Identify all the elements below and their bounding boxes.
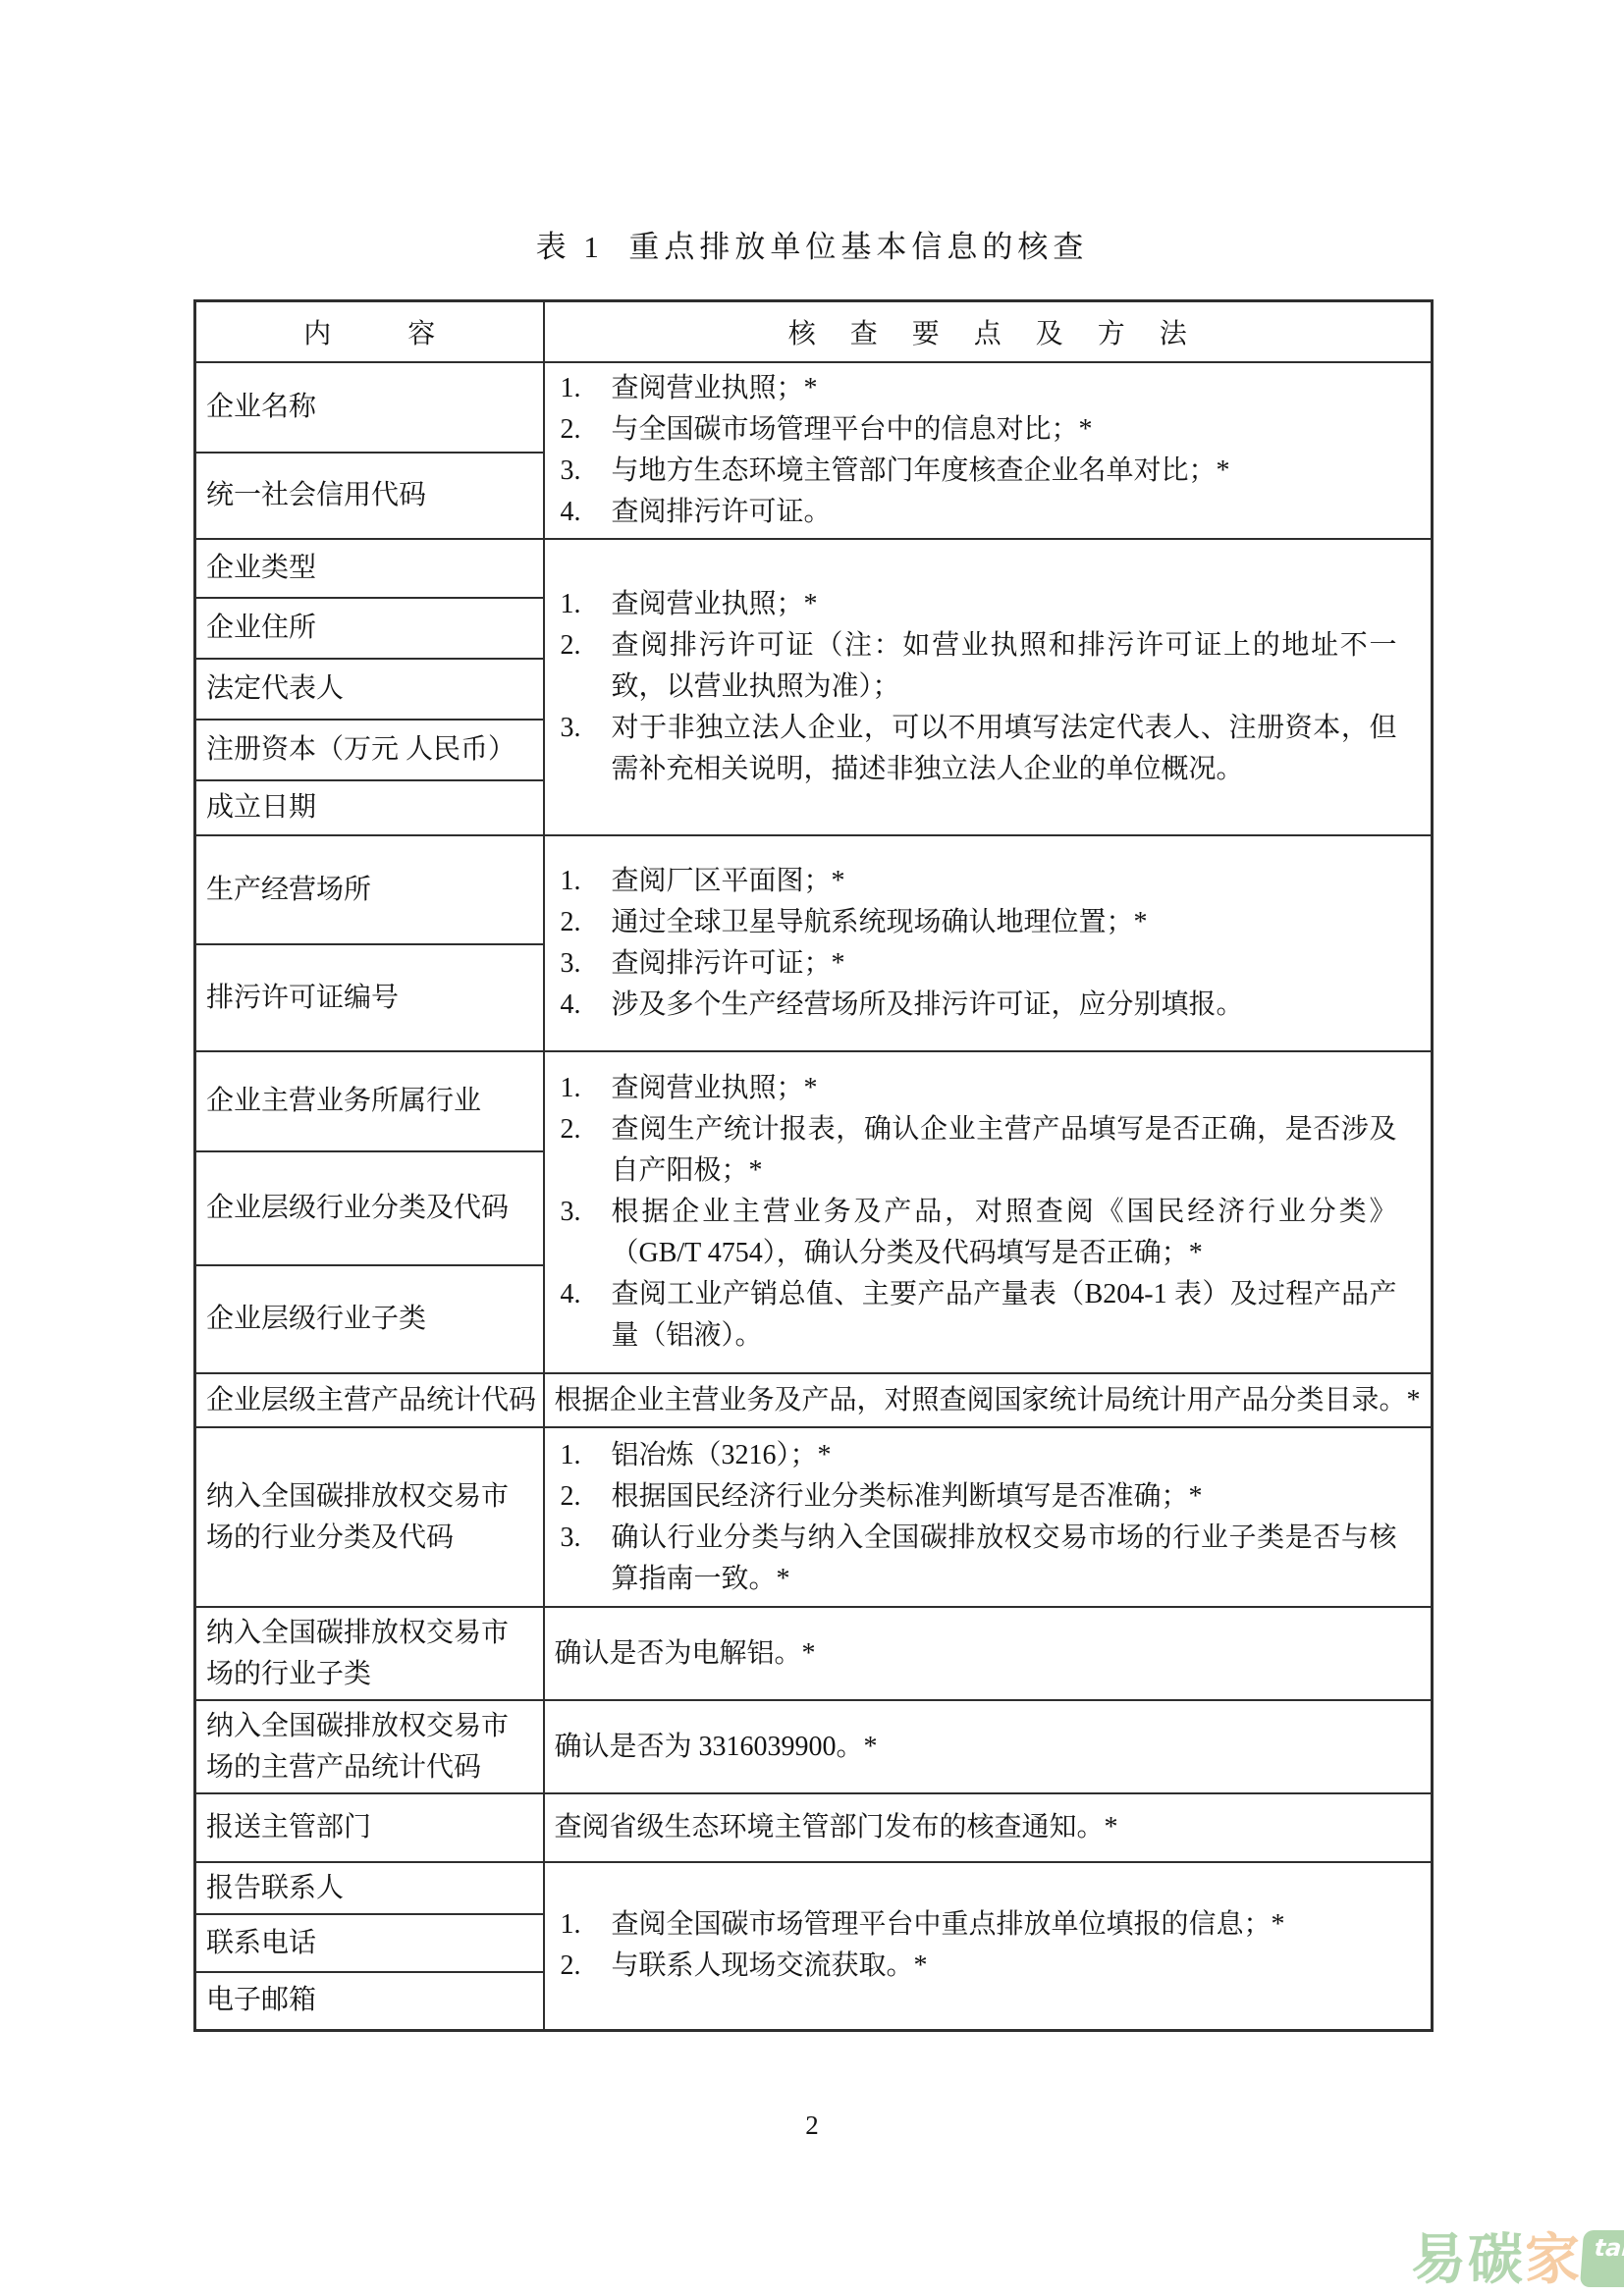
table-row: 企业名称1.查阅营业执照；*2.与全国碳市场管理平台中的信息对比；*3.与地方生… [195, 362, 1433, 453]
points-text: 查阅省级生态环境主管部门发布的核查通知。* [545, 1807, 1432, 1848]
item-text: 查阅营业执照；* [612, 1068, 1397, 1109]
item-text: 查阅排污许可证；* [612, 943, 1397, 985]
item-text: 根据企业主营业务及产品，对照查阅《国民经济行业分类》（GB/T 4754），确认… [612, 1192, 1397, 1274]
points-list-item: 3.确认行业分类与纳入全国碳排放权交易市场的行业子类是否与核算指南一致。* [561, 1518, 1432, 1600]
table-row: 企业主营业务所属行业1.查阅营业执照；*2.查阅生产统计报表，确认企业主营产品填… [195, 1051, 1433, 1151]
points-list: 1.查阅营业执照；*2.查阅排污许可证（注：如营业执照和排污许可证上的地址不一致… [545, 584, 1432, 790]
content-label-cell: 企业住所 [195, 598, 544, 659]
content-label-cell: 纳入全国碳排放权交易市 场的行业子类 [195, 1607, 544, 1700]
content-label-cell: 注册资本（万元 人民币） [195, 720, 544, 780]
content-label: 企业层级行业子类 [206, 1299, 537, 1340]
item-number: 2. [561, 1946, 612, 1987]
content-label: 注册资本（万元 人民币） [206, 729, 537, 771]
table-row: 纳入全国碳排放权交易市 场的主营产品统计代码确认是否为 3316039900。* [195, 1700, 1433, 1793]
content-label: 纳入全国碳排放权交易市 场的主营产品统计代码 [206, 1706, 537, 1789]
header-label-content: 内容 [303, 319, 512, 349]
watermark-char-tan: 碳 [1468, 2232, 1523, 2289]
content-label-cell: 排污许可证编号 [195, 944, 544, 1051]
points-cell: 确认是否为 3316039900。* [544, 1700, 1433, 1793]
item-number: 2. [561, 409, 612, 451]
item-number: 1. [561, 1068, 612, 1109]
content-label: 成立日期 [206, 787, 537, 828]
points-list-item: 2.与联系人现场交流获取。* [561, 1946, 1432, 1987]
content-label-cell: 法定代表人 [195, 659, 544, 720]
header-label-points: 核查要点及方法 [788, 319, 1221, 349]
points-list-item: 2.根据国民经济行业分类标准判断填写是否准确；* [561, 1476, 1432, 1518]
points-cell: 根据企业主营业务及产品，对照查阅国家统计局统计用产品分类目录。* [544, 1373, 1433, 1427]
document-page: { "page": { "title": "表 1 重点排放单位基本信息的核查"… [0, 0, 1624, 2296]
content-label: 纳入全国碳排放权交易市 场的行业分类及代码 [206, 1476, 537, 1559]
item-text: 查阅营业执照；* [612, 584, 1397, 625]
points-list-item: 1.查阅厂区平面图；* [561, 861, 1432, 902]
item-text: 查阅工业产销总值、主要产品产量表（B204-1 表）及过程产品产量（铝液）。 [612, 1274, 1397, 1357]
item-number: 1. [561, 1904, 612, 1946]
item-text: 查阅排污许可证（注：如营业执照和排污许可证上的地址不一致，以营业执照为准）； [612, 625, 1397, 708]
points-cell: 1.查阅营业执照；*2.查阅生产统计报表，确认企业主营产品填写是否正确，是否涉及… [544, 1051, 1433, 1373]
item-number: 3. [561, 451, 612, 492]
content-label-cell: 报送主管部门 [195, 1793, 544, 1862]
content-label: 纳入全国碳排放权交易市 场的行业子类 [206, 1613, 537, 1695]
content-label: 企业层级行业分类及代码 [206, 1188, 537, 1229]
item-number: 2. [561, 1109, 612, 1192]
page-number: 2 [0, 2110, 1624, 2141]
content-label: 法定代表人 [206, 668, 537, 710]
content-label-cell: 纳入全国碳排放权交易市 场的主营产品统计代码 [195, 1700, 544, 1793]
watermark-badge-domain: tanjiaoyi [1594, 2235, 1624, 2261]
points-list-item: 3.与地方生态环境主管部门年度核查企业名单对比；* [561, 451, 1432, 492]
points-list-item: 1.查阅营业执照；* [561, 584, 1432, 625]
points-list-item: 1.铝冶炼（3216）；* [561, 1435, 1432, 1476]
item-text: 与联系人现场交流获取。* [612, 1946, 1397, 1987]
points-cell: 1.铝冶炼（3216）；*2.根据国民经济行业分类标准判断填写是否准确；*3.确… [544, 1427, 1433, 1607]
points-cell: 确认是否为电解铝。* [544, 1607, 1433, 1700]
item-number: 1. [561, 1435, 612, 1476]
content-label-cell: 成立日期 [195, 780, 544, 835]
content-label-cell: 电子邮箱 [195, 1972, 544, 2030]
content-label-cell: 统一社会信用代码 [195, 453, 544, 539]
item-text: 对于非独立法人企业，可以不用填写法定代表人、注册资本，但需补充相关说明，描述非独… [612, 708, 1397, 790]
table-header-row: 内容 核查要点及方法 [195, 301, 1433, 363]
item-number: 3. [561, 708, 612, 790]
points-list-item: 1.查阅营业执照；* [561, 368, 1432, 409]
table-row: 纳入全国碳排放权交易市 场的行业子类确认是否为电解铝。* [195, 1607, 1433, 1700]
content-label-cell: 企业层级行业子类 [195, 1265, 544, 1373]
points-text: 确认是否为电解铝。* [545, 1633, 1432, 1675]
watermark-char-jia: 家 [1525, 2232, 1580, 2289]
content-label-cell: 联系电话 [195, 1914, 544, 1972]
watermark-badge-tld: .com [1592, 2261, 1624, 2282]
item-number: 4. [561, 492, 612, 533]
watermark-badge: tanjiaoyi .com [1580, 2230, 1624, 2287]
points-list-item: 1.查阅营业执照；* [561, 1068, 1432, 1109]
item-text: 根据国民经济行业分类标准判断填写是否准确；* [612, 1476, 1397, 1518]
points-list-item: 2.查阅排污许可证（注：如营业执照和排污许可证上的地址不一致，以营业执照为准）； [561, 625, 1432, 708]
watermark-char-yi: 易 [1411, 2232, 1466, 2289]
item-number: 2. [561, 1476, 612, 1518]
content-label: 生产经营场所 [206, 870, 537, 911]
points-list-item: 4.涉及多个生产经营场所及排污许可证，应分别填报。 [561, 985, 1432, 1026]
content-label-cell: 企业层级主营产品统计代码 [195, 1373, 544, 1427]
points-list-item: 3.根据企业主营业务及产品，对照查阅《国民经济行业分类》（GB/T 4754），… [561, 1192, 1432, 1274]
points-list-item: 4.查阅工业产销总值、主要产品产量表（B204-1 表）及过程产品产量（铝液）。 [561, 1274, 1432, 1357]
item-number: 2. [561, 625, 612, 708]
points-list: 1.查阅全国碳市场管理平台中重点排放单位填报的信息；*2.与联系人现场交流获取。… [545, 1904, 1432, 1987]
points-text: 确认是否为 3316039900。* [545, 1727, 1432, 1768]
content-label-cell: 企业类型 [195, 539, 544, 598]
points-list-item: 3.查阅排污许可证；* [561, 943, 1432, 985]
content-label: 企业层级主营产品统计代码 [206, 1380, 537, 1421]
item-number: 1. [561, 861, 612, 902]
content-label: 排污许可证编号 [206, 978, 537, 1019]
points-cell: 1.查阅全国碳市场管理平台中重点排放单位填报的信息；*2.与联系人现场交流获取。… [544, 1862, 1433, 2030]
points-list: 1.查阅营业执照；*2.查阅生产统计报表，确认企业主营产品填写是否正确，是否涉及… [545, 1068, 1432, 1357]
item-number: 1. [561, 584, 612, 625]
points-list-item: 2.与全国碳市场管理平台中的信息对比；* [561, 409, 1432, 451]
table-row: 纳入全国碳排放权交易市 场的行业分类及代码1.铝冶炼（3216）；*2.根据国民… [195, 1427, 1433, 1607]
content-label: 企业住所 [206, 608, 537, 649]
header-cell-content: 内容 [195, 301, 544, 363]
item-text: 通过全球卫星导航系统现场确认地理位置；* [612, 902, 1397, 943]
content-label: 报送主管部门 [206, 1807, 537, 1848]
content-label-cell: 纳入全国碳排放权交易市 场的行业分类及代码 [195, 1427, 544, 1607]
points-list-item: 4.查阅排污许可证。 [561, 492, 1432, 533]
tanjiaoyi-watermark: 易 碳 家 tanjiaoyi .com [1411, 2230, 1624, 2289]
table-row: 生产经营场所1.查阅厂区平面图；*2.通过全球卫星导航系统现场确认地理位置；*3… [195, 835, 1433, 944]
content-label-cell: 报告联系人 [195, 1862, 544, 1914]
item-text: 查阅全国碳市场管理平台中重点排放单位填报的信息；* [612, 1904, 1397, 1946]
item-number: 3. [561, 943, 612, 985]
header-cell-points: 核查要点及方法 [544, 301, 1433, 363]
item-number: 4. [561, 985, 612, 1026]
item-number: 2. [561, 902, 612, 943]
table-row: 报送主管部门查阅省级生态环境主管部门发布的核查通知。* [195, 1793, 1433, 1862]
points-list: 1.查阅厂区平面图；*2.通过全球卫星导航系统现场确认地理位置；*3.查阅排污许… [545, 861, 1432, 1026]
table-row: 报告联系人1.查阅全国碳市场管理平台中重点排放单位填报的信息；*2.与联系人现场… [195, 1862, 1433, 1914]
item-text: 与全国碳市场管理平台中的信息对比；* [612, 409, 1397, 451]
content-label: 电子邮箱 [206, 1980, 537, 2021]
points-cell: 查阅省级生态环境主管部门发布的核查通知。* [544, 1793, 1433, 1862]
table-row: 企业层级主营产品统计代码根据企业主营业务及产品，对照查阅国家统计局统计用产品分类… [195, 1373, 1433, 1427]
content-label: 企业主营业务所属行业 [206, 1081, 537, 1122]
points-cell: 1.查阅厂区平面图；*2.通过全球卫星导航系统现场确认地理位置；*3.查阅排污许… [544, 835, 1433, 1051]
content-label-cell: 企业层级行业分类及代码 [195, 1151, 544, 1265]
points-text: 根据企业主营业务及产品，对照查阅国家统计局统计用产品分类目录。* [545, 1380, 1432, 1421]
content-label: 报告联系人 [206, 1868, 537, 1909]
points-cell: 1.查阅营业执照；*2.与全国碳市场管理平台中的信息对比；*3.与地方生态环境主… [544, 362, 1433, 539]
points-list-item: 2.查阅生产统计报表，确认企业主营产品填写是否正确，是否涉及自产阳极；* [561, 1109, 1432, 1192]
content-label: 联系电话 [206, 1923, 537, 1964]
content-label: 企业名称 [206, 387, 537, 428]
content-label: 统一社会信用代码 [206, 475, 537, 516]
verification-table: 内容 核查要点及方法 企业名称1.查阅营业执照；*2.与全国碳市场管理平台中的信… [193, 299, 1434, 2032]
item-text: 查阅营业执照；* [612, 368, 1397, 409]
item-text: 涉及多个生产经营场所及排污许可证，应分别填报。 [612, 985, 1397, 1026]
points-list-item: 3.对于非独立法人企业，可以不用填写法定代表人、注册资本，但需补充相关说明，描述… [561, 708, 1432, 790]
points-list-item: 1.查阅全国碳市场管理平台中重点排放单位填报的信息；* [561, 1904, 1432, 1946]
content-label-cell: 企业主营业务所属行业 [195, 1051, 544, 1151]
item-number: 4. [561, 1274, 612, 1357]
item-text: 查阅排污许可证。 [612, 492, 1397, 533]
points-list: 1.铝冶炼（3216）；*2.根据国民经济行业分类标准判断填写是否准确；*3.确… [545, 1435, 1432, 1600]
item-number: 3. [561, 1192, 612, 1274]
table-row: 企业类型1.查阅营业执照；*2.查阅排污许可证（注：如营业执照和排污许可证上的地… [195, 539, 1433, 598]
item-text: 查阅生产统计报表，确认企业主营产品填写是否正确，是否涉及自产阳极；* [612, 1109, 1397, 1192]
table-title: 表 1 重点排放单位基本信息的核查 [193, 228, 1431, 267]
points-cell: 1.查阅营业执照；*2.查阅排污许可证（注：如营业执照和排污许可证上的地址不一致… [544, 539, 1433, 835]
item-text: 与地方生态环境主管部门年度核查企业名单对比；* [612, 451, 1397, 492]
points-list: 1.查阅营业执照；*2.与全国碳市场管理平台中的信息对比；*3.与地方生态环境主… [545, 368, 1432, 533]
content-label-cell: 企业名称 [195, 362, 544, 453]
content-label-cell: 生产经营场所 [195, 835, 544, 944]
content-label: 企业类型 [206, 548, 537, 589]
item-number: 3. [561, 1518, 612, 1600]
item-text: 确认行业分类与纳入全国碳排放权交易市场的行业子类是否与核算指南一致。* [612, 1518, 1397, 1600]
item-text: 查阅厂区平面图；* [612, 861, 1397, 902]
points-list-item: 2.通过全球卫星导航系统现场确认地理位置；* [561, 902, 1432, 943]
item-number: 1. [561, 368, 612, 409]
table-body: 企业名称1.查阅营业执照；*2.与全国碳市场管理平台中的信息对比；*3.与地方生… [195, 362, 1433, 2030]
item-text: 铝冶炼（3216）；* [612, 1435, 1397, 1476]
